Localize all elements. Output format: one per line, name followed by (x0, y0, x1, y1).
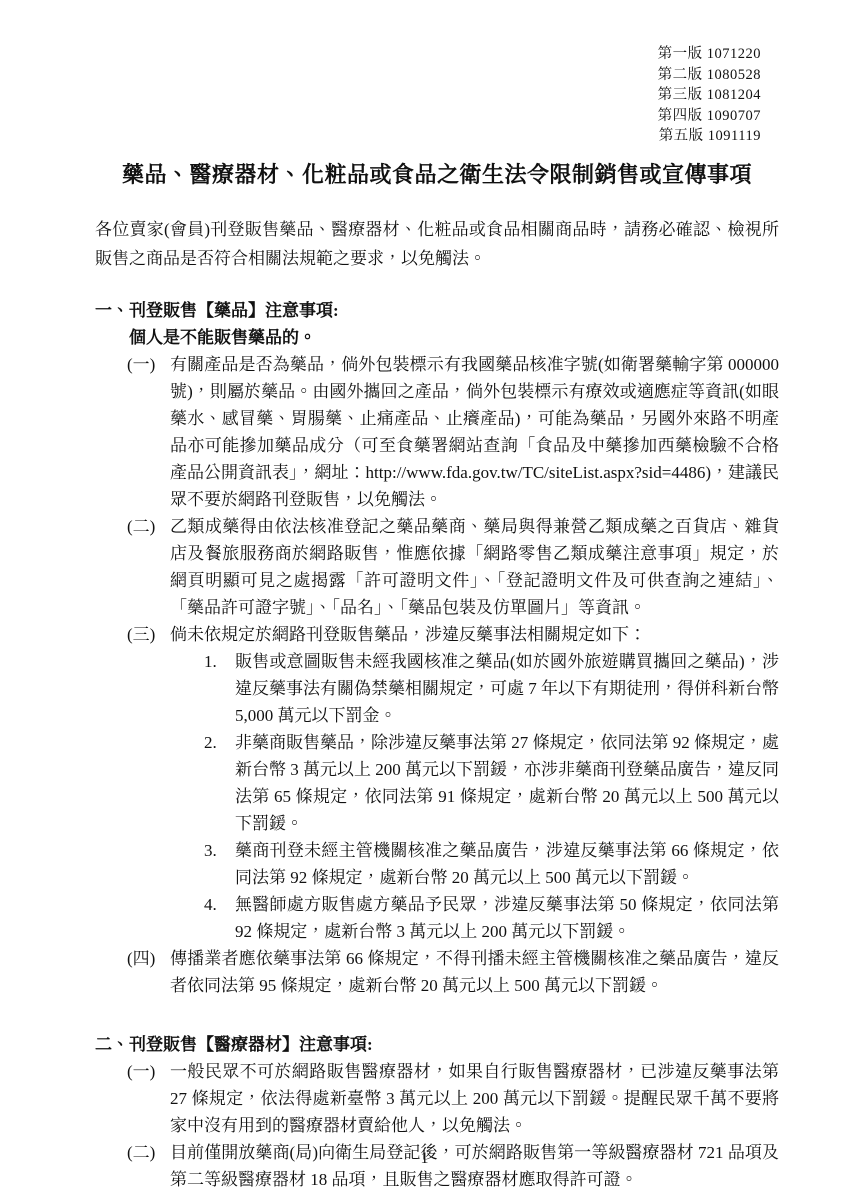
section-heading: 一、刊登販售【藥品】注意事項: (95, 297, 779, 324)
intro-paragraph: 各位賣家(會員)刊登販售藥品、醫療器材、化粧品或食品相關商品時，請務必確認、檢視… (95, 215, 779, 273)
section: 一、刊登販售【藥品】注意事項:個人是不能販售藥品的。(一)有關產品是否為藥品，倘… (95, 297, 779, 999)
list-item: (一)有關產品是否為藥品，倘外包裝標示有我國藥品核准字號(如衛署藥輸字第 000… (127, 351, 779, 513)
item-label: (一) (127, 351, 170, 513)
list-item: (四)傳播業者應依藥事法第 66 條規定，不得刊播未經主管機關核准之藥品廣告，違… (127, 945, 779, 999)
item-text: 乙類成藥得由依法核准登記之藥品藥商、藥局與得兼營乙類成藥之百貨店、雜貨店及餐旅服… (170, 513, 779, 621)
version-line: 第四版 1090707 (95, 106, 761, 127)
sub-item-label: 2. (204, 729, 235, 837)
item-label: (四) (127, 945, 170, 999)
item-label: (二) (127, 513, 170, 621)
version-line: 第三版 1081204 (95, 85, 761, 106)
page-number: 1 (0, 1150, 849, 1168)
sub-item-label: 4. (204, 891, 235, 945)
sub-item-text: 無醫師處方販售處方藥品予民眾，涉違反藥事法第 50 條規定，依同法第 92 條規… (235, 891, 779, 945)
version-line: 第一版 1071220 (95, 44, 761, 65)
section: 二、刊登販售【醫療器材】注意事項:(一)一般民眾不可於網路販售醫療器材，如果自行… (95, 1031, 779, 1193)
version-history: 第一版 1071220第二版 1080528第三版 1081204第四版 109… (95, 44, 779, 147)
sub-item-text: 販售或意圖販售未經我國核准之藥品(如於國外旅遊購買攜回之藥品)，涉違反藥事法有關… (235, 648, 779, 729)
list-item: (二)乙類成藥得由依法核准登記之藥品藥商、藥局與得兼營乙類成藥之百貨店、雜貨店及… (127, 513, 779, 621)
document-page: 第一版 1071220第二版 1080528第三版 1081204第四版 109… (0, 0, 849, 1200)
sub-item-label: 1. (204, 648, 235, 729)
item-label: (三) (127, 621, 170, 648)
document-title: 藥品、醫療器材、化粧品或食品之衛生法令限制銷售或宣傳事項 (95, 160, 779, 190)
sub-item-text: 非藥商販售藥品，除涉違反藥事法第 27 條規定，依同法第 92 條規定，處新台幣… (235, 729, 779, 837)
item-label: (一) (127, 1058, 170, 1139)
section-heading: 二、刊登販售【醫療器材】注意事項: (95, 1031, 779, 1058)
version-line: 第五版 1091119 (95, 126, 761, 147)
version-line: 第二版 1080528 (95, 65, 761, 86)
list-item: (三)倘未依規定於網路刊登販售藥品，涉違反藥事法相關規定如下： (127, 621, 779, 648)
section-subheading: 個人是不能販售藥品的。 (129, 324, 779, 351)
sub-list-item: 1.販售或意圖販售未經我國核准之藥品(如於國外旅遊購買攜回之藥品)，涉違反藥事法… (204, 648, 779, 729)
item-text: 有關產品是否為藥品，倘外包裝標示有我國藥品核准字號(如衛署藥輸字第 000000… (170, 351, 779, 513)
sections-container: 一、刊登販售【藥品】注意事項:個人是不能販售藥品的。(一)有關產品是否為藥品，倘… (95, 297, 779, 1193)
item-text: 傳播業者應依藥事法第 66 條規定，不得刊播未經主管機關核准之藥品廣告，違反者依… (170, 945, 779, 999)
item-text: 一般民眾不可於網路販售醫療器材，如果自行販售醫療器材，已涉違反藥事法第 27 條… (170, 1058, 779, 1139)
item-text: 倘未依規定於網路刊登販售藥品，涉違反藥事法相關規定如下： (170, 621, 779, 648)
sub-list-item: 3.藥商刊登未經主管機關核准之藥品廣告，涉違反藥事法第 66 條規定，依同法第 … (204, 837, 779, 891)
sub-item-label: 3. (204, 837, 235, 891)
list-item: (一)一般民眾不可於網路販售醫療器材，如果自行販售醫療器材，已涉違反藥事法第 2… (127, 1058, 779, 1139)
sub-list-item: 4.無醫師處方販售處方藥品予民眾，涉違反藥事法第 50 條規定，依同法第 92 … (204, 891, 779, 945)
sub-item-text: 藥商刊登未經主管機關核准之藥品廣告，涉違反藥事法第 66 條規定，依同法第 92… (235, 837, 779, 891)
sub-list-item: 2.非藥商販售藥品，除涉違反藥事法第 27 條規定，依同法第 92 條規定，處新… (204, 729, 779, 837)
